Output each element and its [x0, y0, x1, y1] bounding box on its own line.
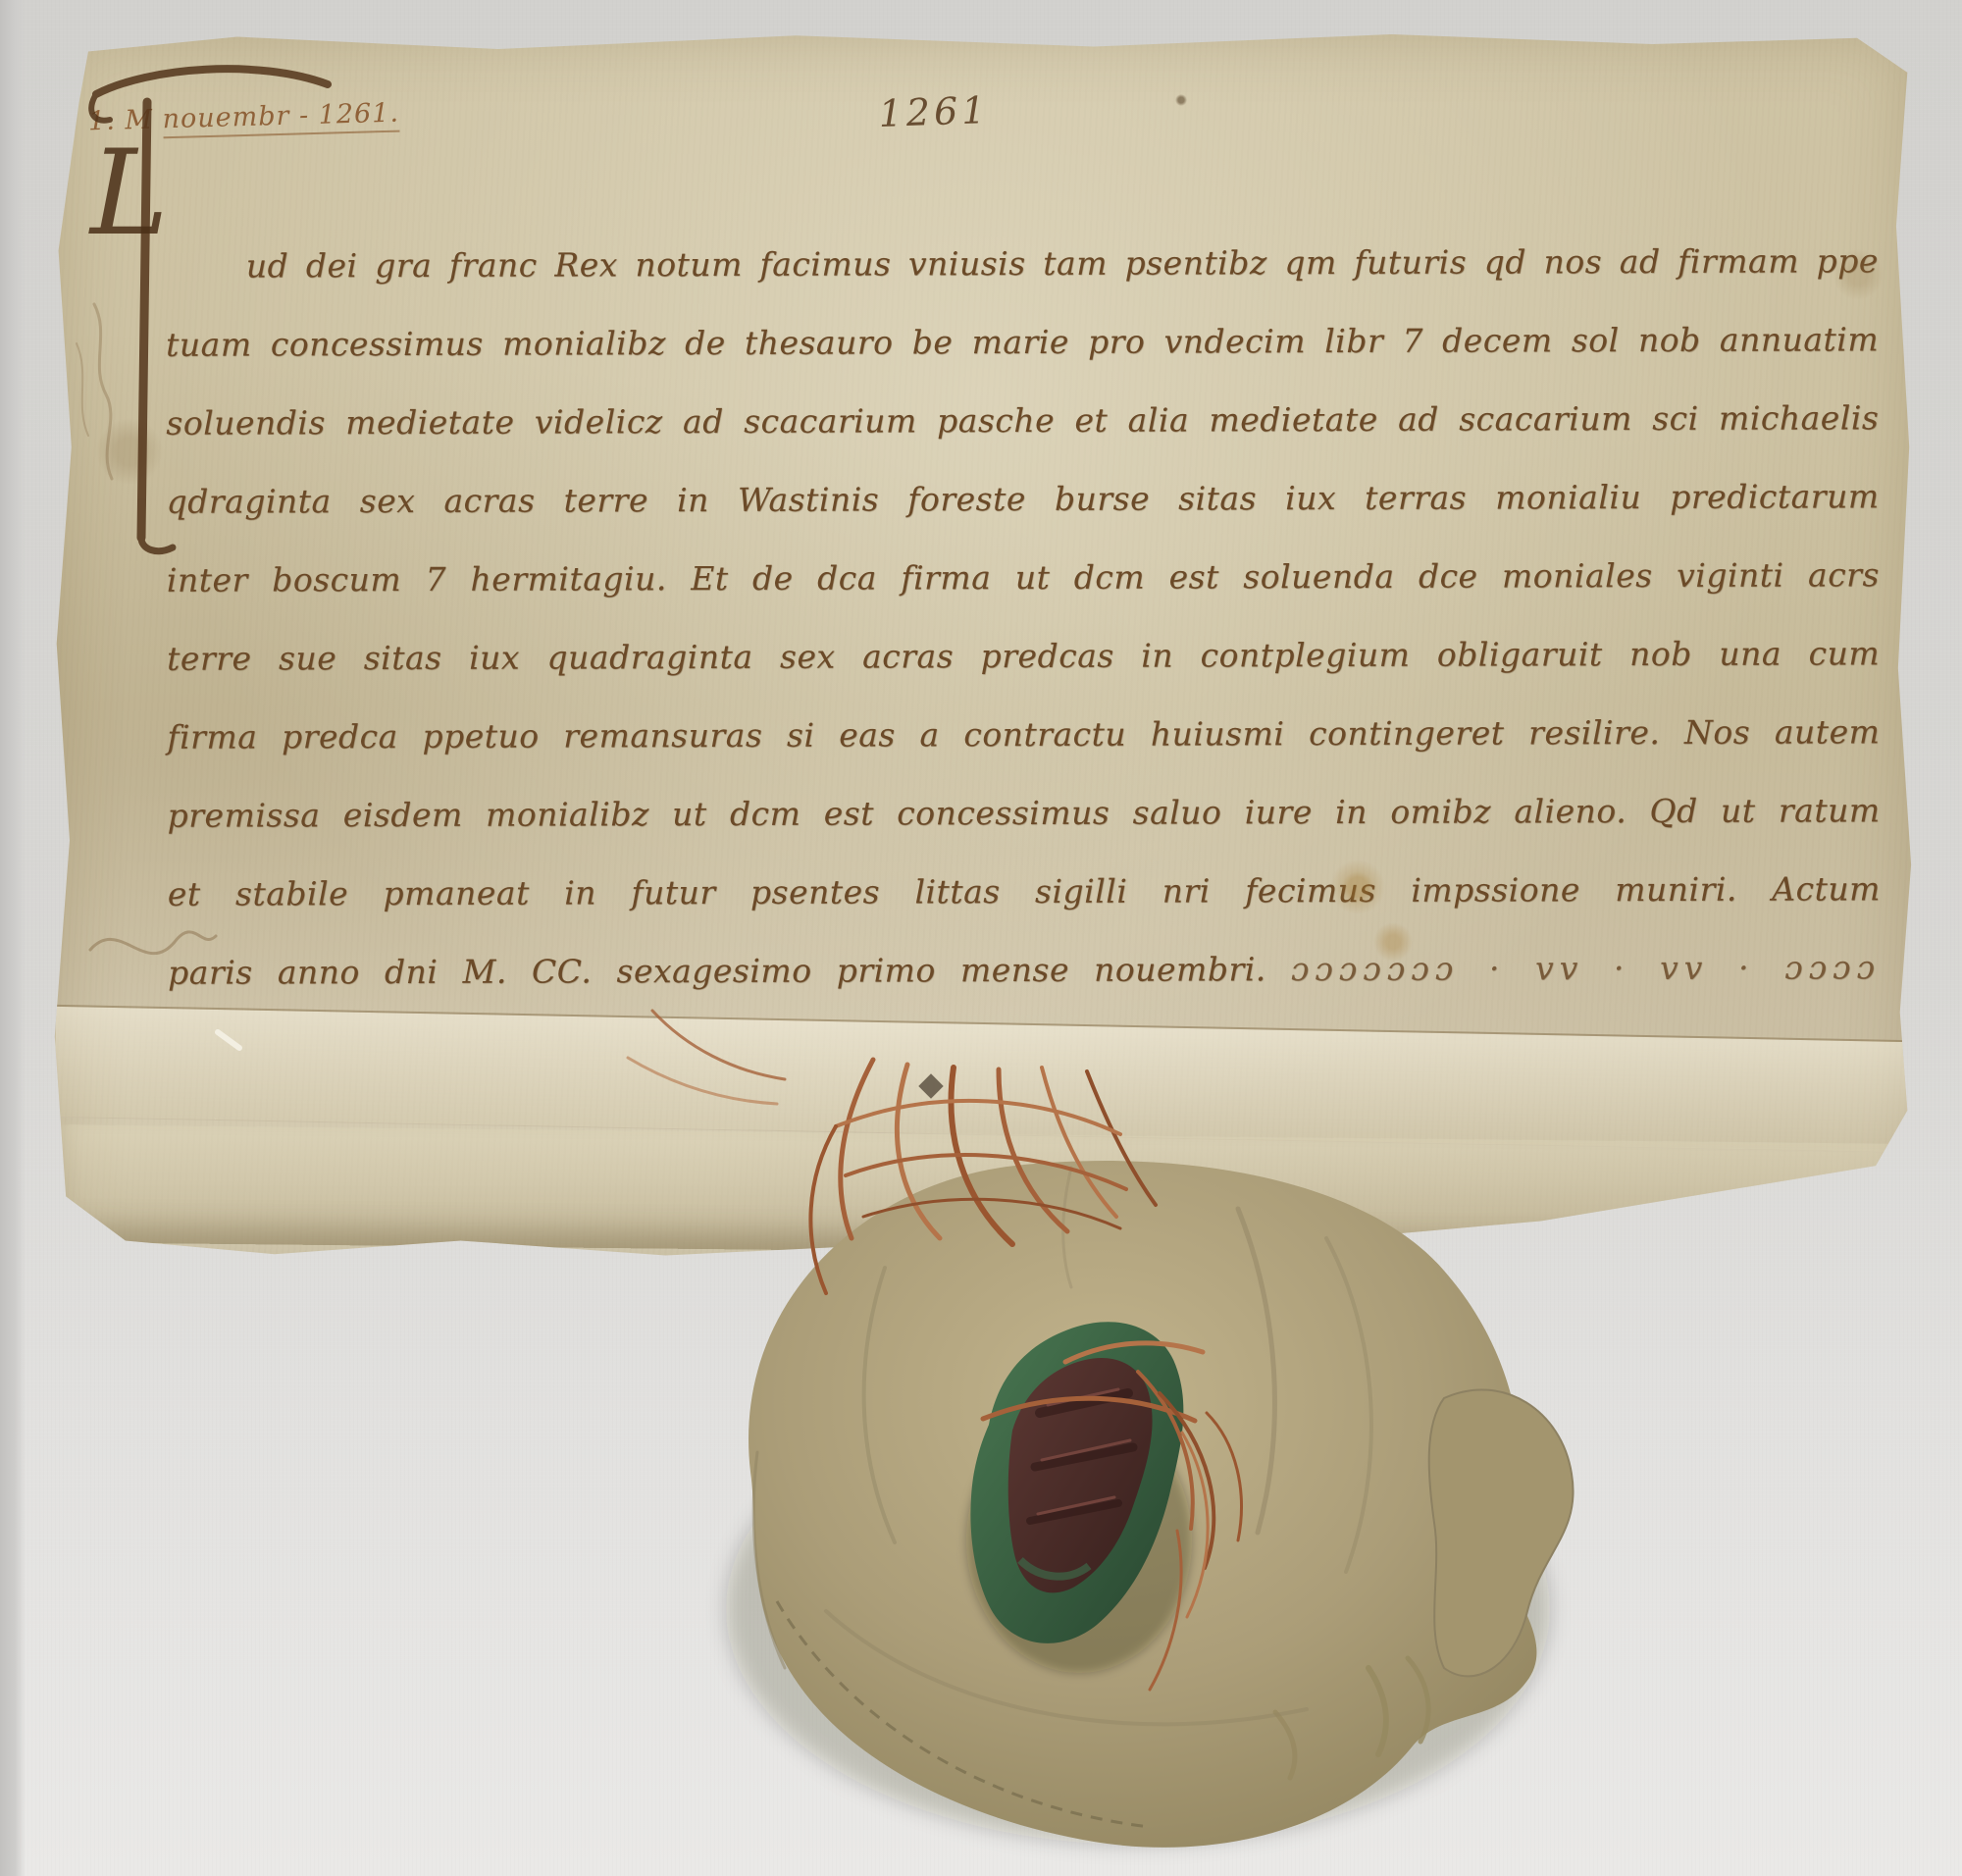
bag-frayed-edges	[1275, 1658, 1428, 1778]
chancery-flourish: ɔɔɔɔɔɔɔ · vv · vv · ɔɔɔɔ	[1291, 948, 1881, 988]
charter-text-line: terre sue sitas iux quadraginta sex acra…	[167, 619, 1880, 703]
archival-annotation: 1. M nouembr - 1261.	[88, 98, 400, 137]
charter-text-line: inter boscum 7 hermitagiu. Et de dca fir…	[167, 541, 1880, 624]
bag-cloth-flap	[1429, 1389, 1574, 1676]
seal-cords-over-seal	[983, 1343, 1241, 1690]
charter-photograph: { "photo": { "description_labels": { "an…	[0, 0, 1962, 1876]
charter-text-line: soluendis medietate videlicz ad scacariu…	[166, 384, 1879, 467]
bag-shadow	[726, 1374, 1550, 1845]
charter-text-block: ud dei gra franc Rex notum facimus vnius…	[166, 227, 1882, 1016]
annotation-prefix: 1. M	[88, 105, 154, 137]
seal-verdigris-rim	[970, 1322, 1183, 1643]
backdrop-seam	[0, 0, 26, 1876]
bag-stitching	[777, 1601, 1150, 1827]
seal-wax-fragment	[1008, 1358, 1153, 1592]
charter-text-line: et stabile pmaneat in futur psentes litt…	[168, 855, 1881, 938]
charter-text-line: qdraginta sex acras terre in Wastinis fo…	[167, 462, 1880, 546]
parchment-charter: 1. M nouembr - 1261. 1261 ud dei gra fra…	[51, 29, 1913, 1258]
charter-text-line-dating-clause: paris anno dni M. CC. sexagesimo primo m…	[168, 933, 1881, 1016]
charter-text-line: firma predca ppetuo remansuras si eas a …	[167, 698, 1880, 781]
wax-seal	[966, 1322, 1192, 1673]
dating-clause-text: paris anno dni M. CC. sexagesimo primo m…	[168, 950, 1266, 992]
year-label: 1261	[825, 86, 1042, 137]
charter-text-line: ud dei gra franc Rex notum facimus vnius…	[166, 227, 1879, 310]
plica-underside	[52, 1124, 1911, 1262]
annotation-underlined-date: nouembr - 1261.	[162, 98, 399, 139]
seal-cloth-bag	[749, 1161, 1574, 1848]
charter-text-line: tuam concessimus monialibz de thesauro b…	[166, 305, 1879, 389]
charter-text-line: premissa eisdem monialibz ut dcm est con…	[168, 776, 1881, 860]
